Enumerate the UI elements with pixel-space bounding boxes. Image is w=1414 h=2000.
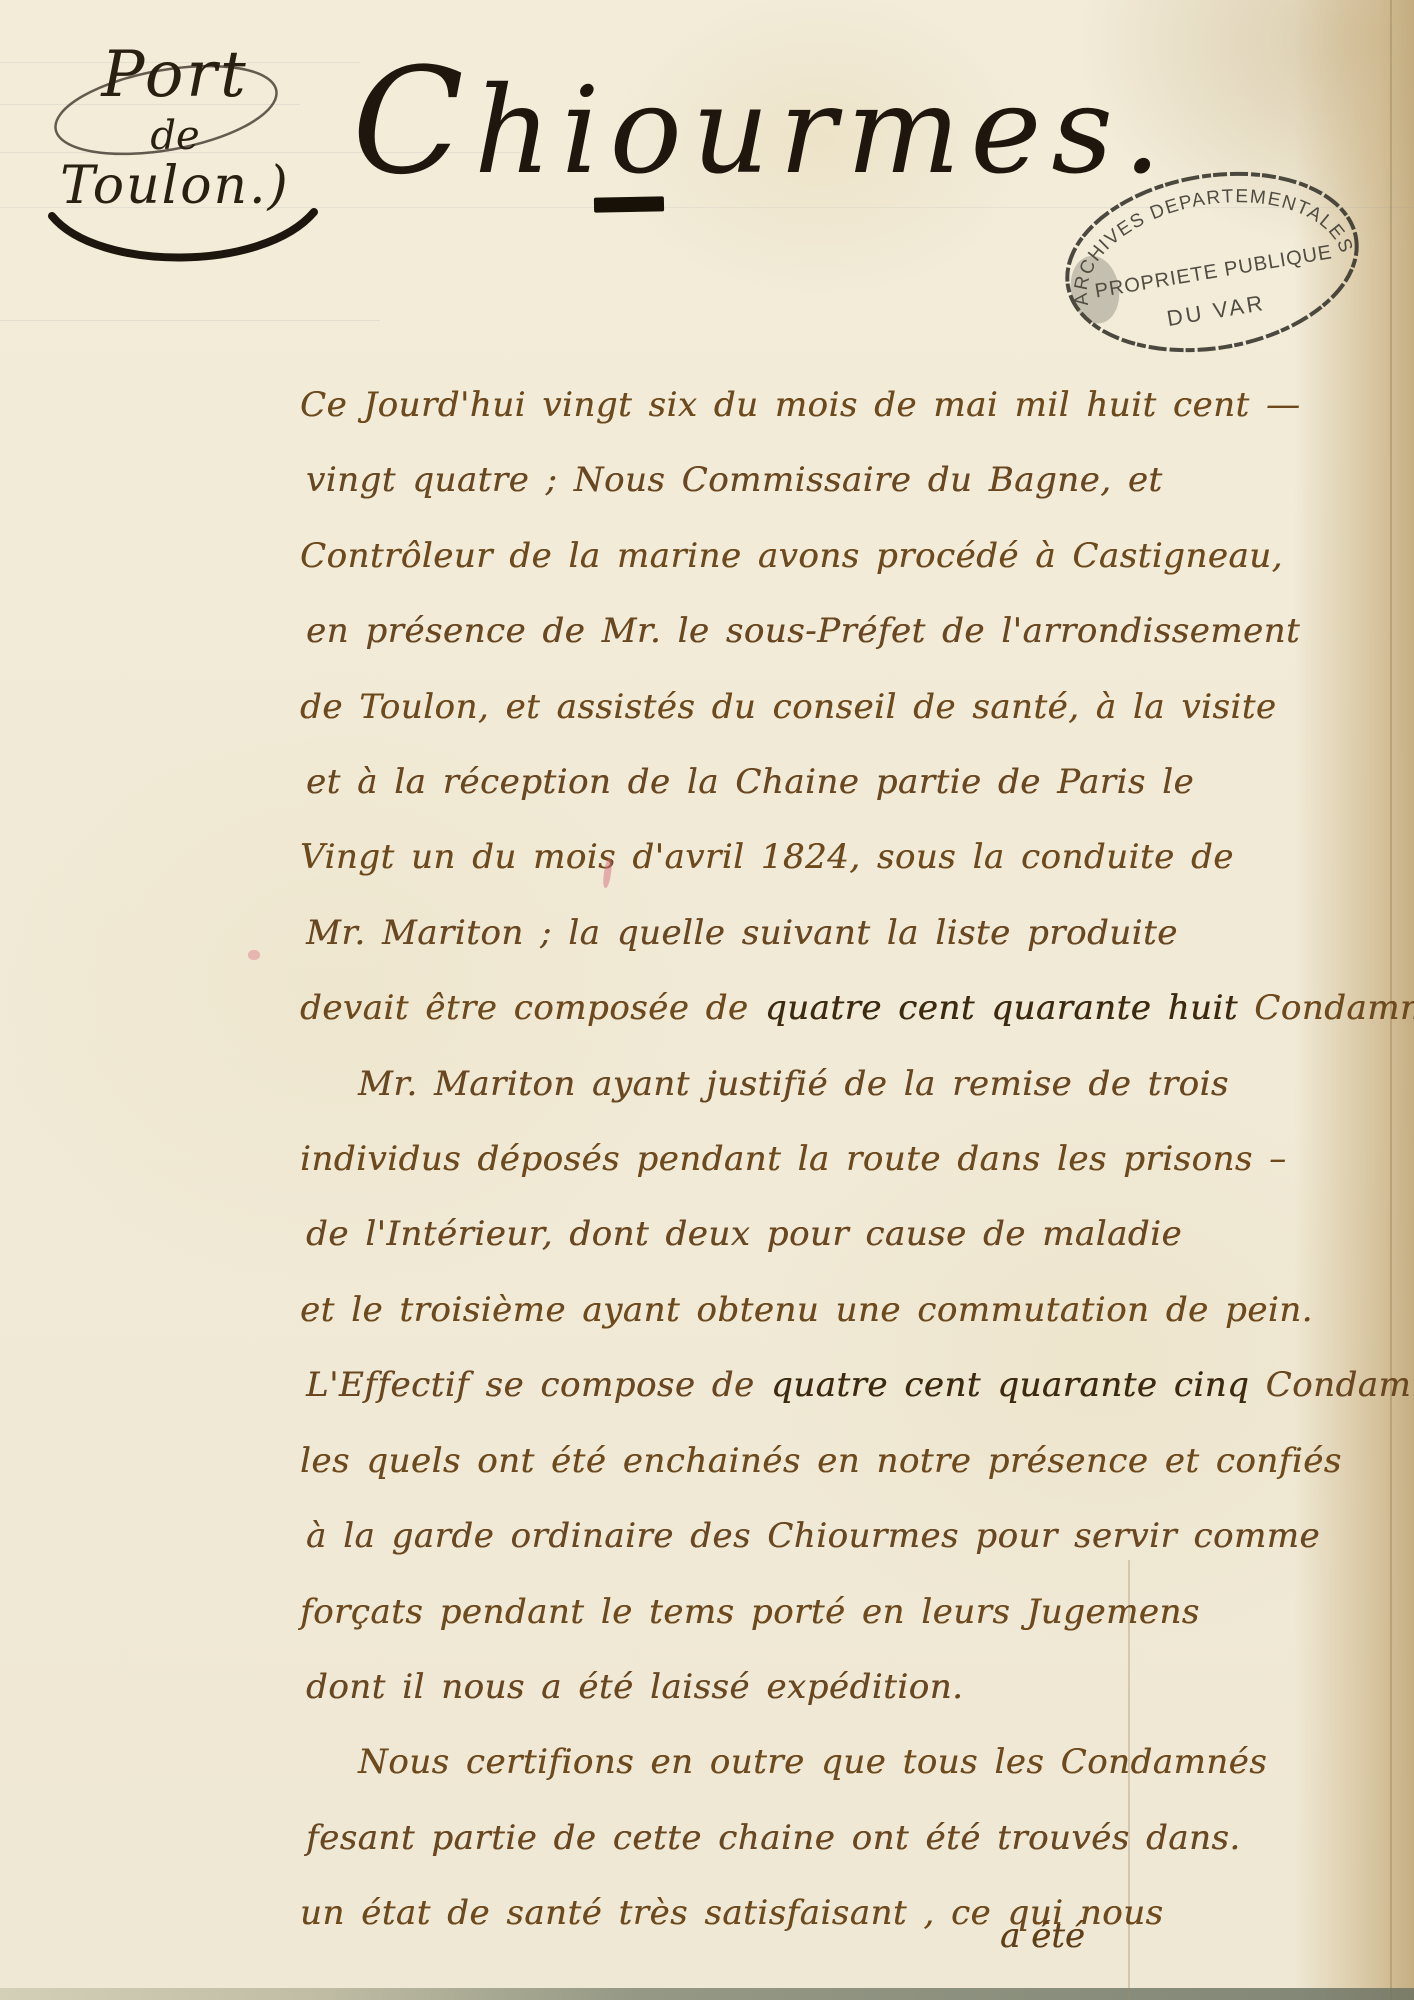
manuscript-line: Contrôleur de la marine avons procédé à … (300, 519, 1374, 594)
manuscript-text: à la garde ordinaire des Chiourmes pour … (306, 1516, 1320, 1556)
manuscript-text: Nous certifions en outre que tous les Co… (358, 1742, 1267, 1782)
manuscript-line: forçats pendant le tems porté en leurs J… (300, 1575, 1374, 1650)
manuscript-line: et à la réception de la Chaine partie de… (300, 745, 1374, 820)
manuscript-text: Condamnés. (1238, 988, 1414, 1028)
scan-bottom-edge (0, 1988, 1414, 2000)
inserted-count-text: quatre cent quarante cinq (771, 1365, 1249, 1405)
manuscript-text: devait être composée de (300, 988, 765, 1028)
manuscript-line: vingt quatre ; Nous Commissaire du Bagne… (300, 443, 1374, 518)
manuscript-line: L'Effectif se compose de quatre cent qua… (300, 1348, 1374, 1423)
stamp-middle-text: PROPRIETE PUBLIQUE (1093, 241, 1334, 302)
manuscript-line: Mr. Mariton ayant justifié de la remise … (300, 1047, 1374, 1122)
manuscript-line: de l'Intérieur, dont deux pour cause de … (300, 1197, 1374, 1272)
manuscript-text: et le troisième ayant obtenu une commuta… (300, 1290, 1313, 1330)
manuscript-text: de l'Intérieur, dont deux pour cause de … (306, 1214, 1182, 1254)
catchword: a été (1000, 1916, 1085, 1956)
letterhead: Port de Toulon.) (38, 42, 312, 278)
manuscript-text: Mr. Mariton ayant justifié de la remise … (358, 1064, 1229, 1104)
manuscript-text: Condamnés (1249, 1365, 1414, 1405)
manuscript-text: dont il nous a été laissé expédition. (306, 1667, 963, 1707)
manuscript-line: et le troisième ayant obtenu une commuta… (300, 1273, 1374, 1348)
manuscript-text: et à la réception de la Chaine partie de… (306, 762, 1194, 802)
manuscript-line: un état de santé très satisfaisant , ce … (300, 1876, 1374, 1951)
letterhead-port: Port (38, 42, 312, 109)
manuscript-line: à la garde ordinaire des Chiourmes pour … (300, 1499, 1374, 1574)
letterhead-de: de (38, 115, 312, 157)
document-title: Chiourmes. (352, 30, 1171, 213)
manuscript-text: individus déposés pendant la route dans … (300, 1139, 1287, 1179)
manuscript-text: Ce Jourd'hui vingt six du mois de mai mi… (300, 385, 1300, 425)
manuscript-line: Mr. Mariton ; la quelle suivant la liste… (300, 896, 1374, 971)
flourish-underline (38, 208, 328, 278)
manuscript-text: fesant partie de cette chaine ont été tr… (306, 1818, 1241, 1858)
manuscript-line: individus déposés pendant la route dans … (300, 1122, 1374, 1197)
manuscript-line: Ce Jourd'hui vingt six du mois de mai mi… (300, 368, 1374, 443)
manuscript-line: Nous certifions en outre que tous les Co… (300, 1725, 1374, 1800)
manuscript-line: les quels ont été enchainés en notre pré… (300, 1424, 1374, 1499)
manuscript-line: en présence de Mr. le sous-Préfet de l'a… (300, 594, 1374, 669)
manuscript-line: Vingt un du mois d'avril 1824, sous la c… (300, 820, 1374, 895)
manuscript-text: Contrôleur de la marine avons procédé à … (300, 536, 1283, 576)
manuscript-text: les quels ont été enchainés en notre pré… (300, 1441, 1342, 1481)
inserted-count-text: quatre cent quarante huit (765, 988, 1238, 1028)
manuscript-line: fesant partie de cette chaine ont été tr… (300, 1801, 1374, 1876)
faint-guide-line (0, 320, 380, 321)
manuscript-text: vingt quatre ; Nous Commissaire du Bagne… (306, 460, 1163, 500)
manuscript-page: Port de Toulon.) Chiourmes. ARCHIVES DEP… (0, 0, 1414, 2000)
stamp-bottom-text: DU VAR (1165, 290, 1267, 331)
manuscript-text: forçats pendant le tems porté en leurs J… (300, 1592, 1200, 1632)
manuscript-text: Vingt un du mois d'avril 1824, sous la c… (300, 837, 1234, 877)
ink-smudge (248, 950, 260, 960)
manuscript-line: devait être composée de quatre cent quar… (300, 971, 1374, 1046)
letterhead-toulon: Toulon.) (38, 159, 312, 214)
manuscript-text: L'Effectif se compose de (306, 1365, 771, 1405)
manuscript-text: de Toulon, et assistés du conseil de san… (300, 687, 1277, 727)
manuscript-line: dont il nous a été laissé expédition. (300, 1650, 1374, 1725)
manuscript-text: en présence de Mr. le sous-Préfet de l'a… (306, 611, 1300, 651)
manuscript-text: Mr. Mariton ; la quelle suivant la liste… (306, 913, 1178, 953)
manuscript-body: Ce Jourd'hui vingt six du mois de mai mi… (0, 368, 1414, 1952)
title-underline-dash (594, 196, 664, 212)
manuscript-line: de Toulon, et assistés du conseil de san… (300, 670, 1374, 745)
